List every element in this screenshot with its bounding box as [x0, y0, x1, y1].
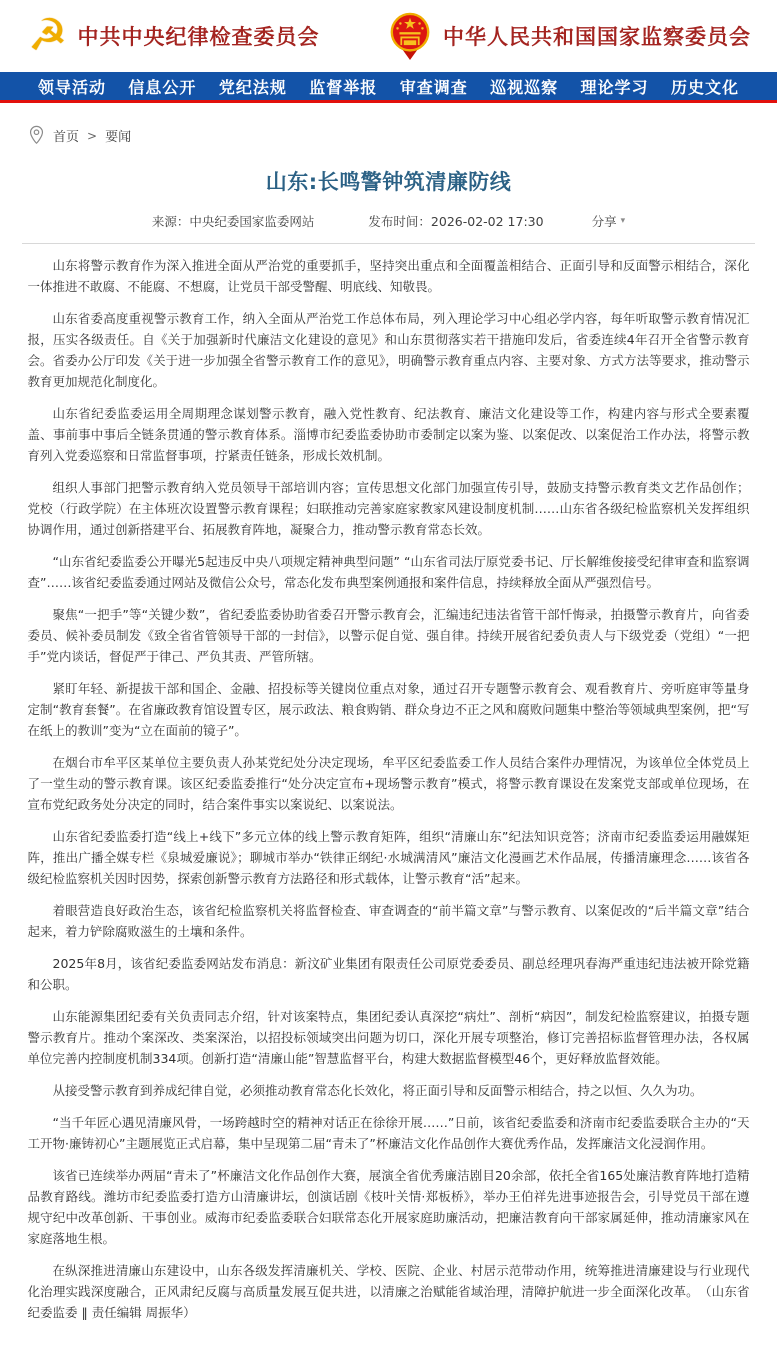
article-paragraph-10: 着眼营造良好政治生态，该省纪检监察机关将监督检查、审查调查的“前半篇文章”与警示…	[28, 900, 750, 942]
article-publish-time: 发布时间：2026-02-02 17:30	[368, 212, 543, 230]
nav-item-5[interactable]: 巡视巡察	[490, 75, 558, 98]
article-paragraph-13: 从接受警示教育到养成纪律自觉，必须推动教育常态化长效化，将正面引导和反面警示相结…	[28, 1080, 750, 1101]
share-button[interactable]: 分享 ▾	[592, 212, 626, 230]
location-pin-icon	[28, 125, 45, 146]
article-paragraph-15: 该省已连续举办两届“青未了”杯廉洁文化作品创作大赛，展演全省优秀廉洁剧目20余部…	[28, 1165, 750, 1249]
header-divider	[22, 243, 755, 244]
ccdi-org-name: 中共中央纪律检查委员会	[77, 21, 319, 51]
article-paragraph-4: 组织人事部门把警示教育纳入党员领导干部培训内容；宣传思想文化部门加强宣传引导，鼓…	[28, 477, 750, 540]
article-paragraph-2: 山东省委高度重视警示教育工作，纳入全面从严治党工作总体布局，列入理论学习中心组必…	[28, 308, 750, 392]
nav-item-0[interactable]: 领导活动	[38, 75, 106, 98]
nav-item-2[interactable]: 党纪法规	[219, 75, 287, 98]
article-body: 山东将警示教育作为深入推进全面从严治党的重要抓手，坚持突出重点和全面覆盖相结合、…	[28, 255, 750, 1360]
nsc-home-link[interactable]: 中华人民共和国国家监察委员会	[387, 10, 751, 62]
page-title: 山东:长鸣警钟筑清廉防线	[0, 166, 777, 196]
main-nav: 领导活动信息公开党纪法规监督举报审查调查巡视巡察理论学习历史文化	[0, 72, 777, 103]
article-paragraph-6: 聚焦“一把手”等“关键少数”，省纪委监委协助省委召开警示教育会，汇编违纪违法省管…	[28, 604, 750, 667]
party-emblem-icon: ☭	[28, 12, 67, 60]
breadcrumb-separator: >	[87, 129, 97, 143]
article-paragraph-9: 山东省纪委监委打造“线上+线下”多元立体的线上警示教育矩阵，组织“清廉山东”纪法…	[28, 826, 750, 889]
caret-down-icon: ▾	[621, 216, 626, 226]
breadcrumb-current-link[interactable]: 要闻	[105, 126, 131, 145]
ccdi-home-link[interactable]: ☭ 中共中央纪律检查委员会	[28, 12, 319, 60]
nav-item-3[interactable]: 监督举报	[309, 75, 377, 98]
article-paragraph-11: 2025年8月，该省纪委监委网站发布消息：新汶矿业集团有限责任公司原党委委员、副…	[28, 953, 750, 995]
breadcrumb-home-link[interactable]: 首页	[53, 126, 79, 145]
article-meta: 来源：中央纪委国家监委网站 发布时间：2026-02-02 17:30 分享 ▾	[0, 212, 777, 230]
article-source: 来源：中央纪委国家监委网站	[152, 212, 315, 230]
nav-item-1[interactable]: 信息公开	[128, 75, 196, 98]
article-paragraph-16: 在纵深推进清廉山东建设中，山东各级发挥清廉机关、学校、医院、企业、村居示范带动作…	[28, 1260, 750, 1323]
site-header: ☭ 中共中央纪律检查委员会 中华人民共和国国家监察委员会	[0, 0, 777, 72]
national-emblem-icon	[387, 10, 433, 62]
breadcrumb: 首页 > 要闻	[28, 125, 777, 146]
article-paragraph-3: 山东省纪委监委运用全周期理念谋划警示教育，融入党性教育、纪法教育、廉洁文化建设等…	[28, 403, 750, 466]
article-paragraph-1: 山东将警示教育作为深入推进全面从严治党的重要抓手，坚持突出重点和全面覆盖相结合、…	[28, 255, 750, 297]
nav-item-7[interactable]: 历史文化	[671, 75, 739, 98]
article-paragraph-5: “山东省纪委监委公开曝光5起违反中央八项规定精神典型问题” “山东省司法厅原党委…	[28, 551, 750, 593]
article-paragraph-12: 山东能源集团纪委有关负责同志介绍，针对该案特点，集团纪委认真深挖“病灶”、剖析“…	[28, 1006, 750, 1069]
article-paragraph-7: 紧盯年轻、新提拔干部和国企、金融、招投标等关键岗位重点对象，通过召开专题警示教育…	[28, 678, 750, 741]
article-paragraph-8: 在烟台市牟平区某单位主要负责人孙某党纪处分决定现场，牟平区纪委监委工作人员结合案…	[28, 752, 750, 815]
nav-item-4[interactable]: 审查调查	[400, 75, 468, 98]
article-paragraph-14: “当千年匠心遇见清廉风骨，一场跨越时空的精神对话正在徐徐开展……”日前，该省纪委…	[28, 1112, 750, 1154]
nav-item-6[interactable]: 理论学习	[581, 75, 649, 98]
nsc-org-name: 中华人民共和国国家监察委员会	[443, 21, 751, 51]
